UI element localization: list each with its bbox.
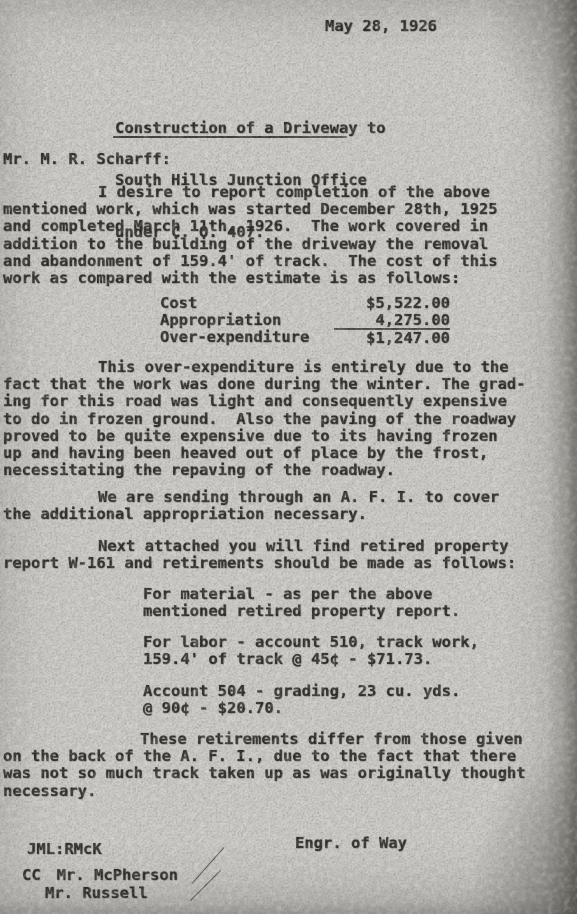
typist-initials: JML:RMcK	[27, 841, 102, 858]
over-expenditure-value: $1,247.00	[334, 329, 450, 346]
cost-row-over-expenditure: Over-expenditure $1,247.00	[160, 329, 450, 346]
paragraph-afi-cover: We are sending through an A. F. I. to co…	[3, 489, 548, 523]
pen-check-slash-icon	[192, 847, 225, 884]
paragraph-over-expenditure-explanation: This over-expenditure is entirely due to…	[3, 359, 548, 479]
cost-row-appropriation: Appropriation 4,275.00	[160, 312, 450, 329]
paragraph-completion-report: I desire to report completion of the abo…	[3, 184, 548, 287]
cost-label: Cost	[160, 295, 334, 312]
subject-line-1: Construction of a Driveway to	[115, 120, 386, 137]
paragraph-retired-property: Next attached you will find retired prop…	[3, 538, 548, 572]
over-expenditure-label: Over-expenditure	[160, 329, 334, 346]
appropriation-label: Appropriation	[160, 312, 334, 329]
cost-row-cost: Cost $5,522.00	[160, 295, 450, 312]
appropriation-value: 4,275.00	[334, 312, 450, 329]
pen-check-slash-icon	[190, 870, 221, 901]
scan-corner-stain-bottom-right	[467, 744, 577, 914]
retirement-item-material: For material - as per the above mentione…	[143, 586, 503, 620]
salutation: Mr. M. R. Scharff:	[3, 151, 171, 168]
cost-value: $5,522.00	[334, 295, 450, 312]
cc-name-mcpherson: Mr. McPherson	[57, 867, 178, 884]
signer-title: Engr. of Way	[295, 835, 407, 852]
scan-corner-stain-top-right	[487, 0, 577, 120]
date-line: May 28, 1926	[325, 18, 437, 35]
retirement-item-labor: For labor - account 510, track work, 159…	[143, 634, 503, 668]
retirement-item-grading: Account 504 - grading, 23 cu. yds. @ 90¢…	[143, 683, 503, 717]
cost-table: Cost $5,522.00 Appropriation 4,275.00 Ov…	[160, 295, 450, 347]
cc-prefix: CC	[22, 867, 41, 884]
cc-line-mcpherson: CC Mr. McPherson	[22, 867, 178, 884]
memo-page: May 28, 1926 Construction of a Driveway …	[0, 0, 577, 914]
scan-edge-shadow-bottom	[0, 900, 577, 914]
